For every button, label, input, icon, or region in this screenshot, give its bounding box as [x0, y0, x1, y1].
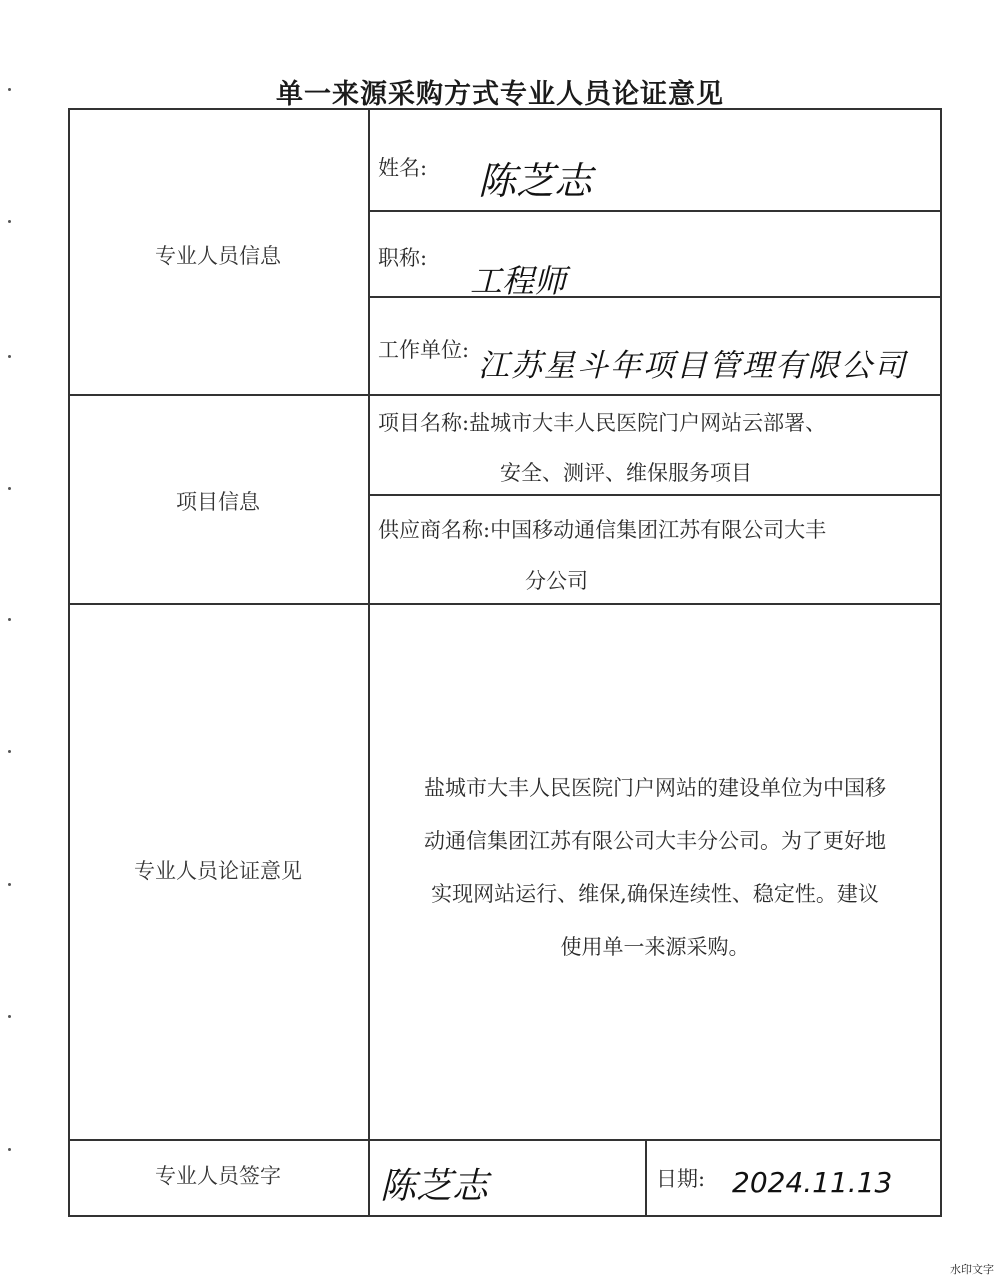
row-divider — [368, 210, 940, 212]
binding-dot — [8, 750, 11, 753]
date-column-divider — [645, 1139, 647, 1216]
date-handwritten-value: 2024.11.13 — [732, 1166, 892, 1199]
section-divider — [68, 1139, 940, 1141]
section-divider — [68, 394, 940, 396]
binding-dot — [8, 618, 11, 621]
opinion-line: 使用单一来源采购。 — [370, 921, 940, 974]
signature-handwritten: 陈芝志 — [380, 1158, 488, 1209]
project-name-label: 项目名称: — [378, 411, 469, 435]
staff-info-label: 专业人员信息 — [68, 240, 368, 270]
row-divider — [368, 296, 940, 298]
employer-label: 工作单位: — [378, 334, 469, 364]
table-border-top — [68, 108, 940, 110]
signature-label: 专业人员签字 — [68, 1160, 368, 1190]
watermark-text: 水印文字 — [950, 1261, 994, 1277]
opinion-line: 盐城市大丰人民医院门户网站的建设单位为中国移 — [370, 762, 940, 815]
binding-dot — [8, 355, 11, 358]
binding-dot — [8, 487, 11, 490]
opinion-line: 实现网站运行、维保,确保连续性、稳定性。建议 — [370, 868, 940, 921]
table-border-left — [68, 108, 70, 1216]
section-divider — [68, 603, 940, 605]
supplier-value: 中国移动通信集团江苏有限公司大丰 — [490, 518, 826, 542]
document-title: 单一来源采购方式专业人员论证意见 — [0, 72, 1000, 111]
project-name-value: 盐城市大丰人民医院门户网站云部署、 — [469, 411, 826, 435]
employer-handwritten-value: 江苏星斗年项目管理有限公司 — [478, 340, 907, 385]
opinion-text: 盐城市大丰人民医院门户网站的建设单位为中国移 动通信集团江苏有限公司大丰分公司。… — [370, 762, 940, 974]
job-title-label: 职称: — [378, 242, 427, 272]
project-name-line2: 安全、测评、维保服务项目 — [500, 457, 752, 487]
binding-dot — [8, 220, 11, 223]
opinion-line: 动通信集团江苏有限公司大丰分公司。为了更好地 — [370, 815, 940, 868]
job-title-handwritten-value: 工程师 — [470, 256, 566, 302]
supplier-line1: 供应商名称:中国移动通信集团江苏有限公司大丰 — [378, 514, 826, 544]
table-border-right — [940, 108, 942, 1216]
supplier-line2: 分公司 — [525, 565, 588, 595]
binding-dot — [8, 1148, 11, 1151]
name-handwritten-value: 陈芝志 — [478, 150, 592, 205]
supplier-label: 供应商名称: — [378, 518, 490, 542]
opinion-label: 专业人员论证意见 — [68, 855, 368, 885]
project-info-label: 项目信息 — [68, 486, 368, 516]
binding-dot — [8, 883, 11, 886]
date-label: 日期: — [656, 1163, 705, 1193]
table-column-divider — [368, 108, 370, 1216]
row-divider — [368, 494, 940, 496]
project-name-line1: 项目名称:盐城市大丰人民医院门户网站云部署、 — [378, 407, 826, 437]
name-label: 姓名: — [378, 152, 427, 182]
binding-dot — [8, 1015, 11, 1018]
table-border-bottom — [68, 1215, 942, 1217]
